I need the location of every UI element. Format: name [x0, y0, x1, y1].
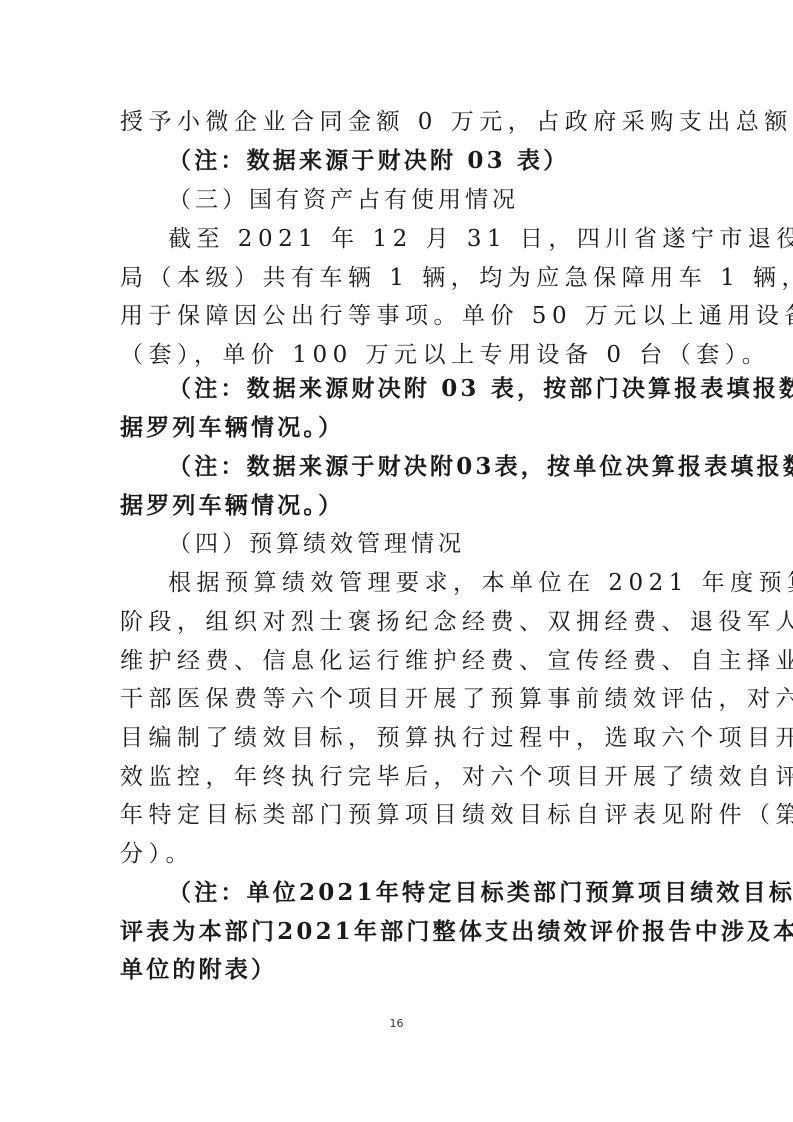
paragraph-line: 目编制了绩效目标，预算执行过程中，选取六个项目开展绩: [120, 722, 675, 754]
paragraph-line: 截至 2021 年 12 月 31 日，四川省遂宁市退役军人事务: [168, 223, 675, 255]
paragraph-line: 用于保障因公出行等事项。单价 50 万元以上通用设备 0 台: [120, 300, 675, 332]
note-department-vehicles-cont: 据罗列车辆情况。）: [120, 412, 675, 444]
note-unit-vehicles: （注：数据来源于财决附03表，按单位决算报表填报数: [168, 451, 675, 483]
paragraph-line: 根据预算绩效管理要求，本单位在 2021 年度预算编制: [168, 567, 675, 599]
section-heading-state-assets: （三）国有资产占有使用情况: [168, 184, 675, 216]
note-self-evaluation: （注：单位2021年特定目标类部门预算项目绩效目标自: [168, 877, 675, 909]
section-heading-performance: （四）预算绩效管理情况: [168, 528, 675, 560]
paragraph-line: 效监控，年终执行完毕后，对六个项目开展了绩效自评，2021: [120, 761, 675, 793]
paragraph-line: 阶段，组织对烈士褒扬纪念经费、双拥经费、退役军人权益: [120, 606, 675, 638]
note-self-evaluation-cont: 单位的附表）: [120, 954, 675, 986]
note-unit-vehicles-cont: 据罗列车辆情况。）: [120, 490, 675, 522]
page-number: 16: [0, 1017, 793, 1030]
paragraph-line: 分）。: [120, 838, 675, 870]
note-data-source-03: （注：数据来源于财决附 03 表）: [168, 145, 675, 177]
paragraph-line: （套），单价 100 万元以上专用设备 0 台（套）。: [120, 339, 675, 371]
paragraph-line: 干部医保费等六个项目开展了预算事前绩效评估，对六个项: [120, 683, 675, 715]
note-self-evaluation-cont: 评表为本部门2021年部门整体支出绩效评价报告中涉及本: [120, 916, 675, 948]
document-page: 授予小微企业合同金额 0 万元，占政府采购支出总额的 0%。 （注：数据来源于财…: [0, 0, 793, 1122]
paragraph-line: 维护经费、信息化运行维护经费、宣传经费、自主择业军转: [120, 645, 675, 677]
paragraph-line-procurement: 授予小微企业合同金额 0 万元，占政府采购支出总额的 0%。: [120, 106, 675, 138]
paragraph-line: 年特定目标类部门预算项目绩效目标自评表见附件（第四部: [120, 799, 675, 831]
note-department-vehicles: （注：数据来源财决附 03 表，按部门决算报表填报数: [168, 373, 675, 405]
paragraph-line: 局（本级）共有车辆 1 辆，均为应急保障用车 1 辆，主要是: [120, 262, 675, 294]
